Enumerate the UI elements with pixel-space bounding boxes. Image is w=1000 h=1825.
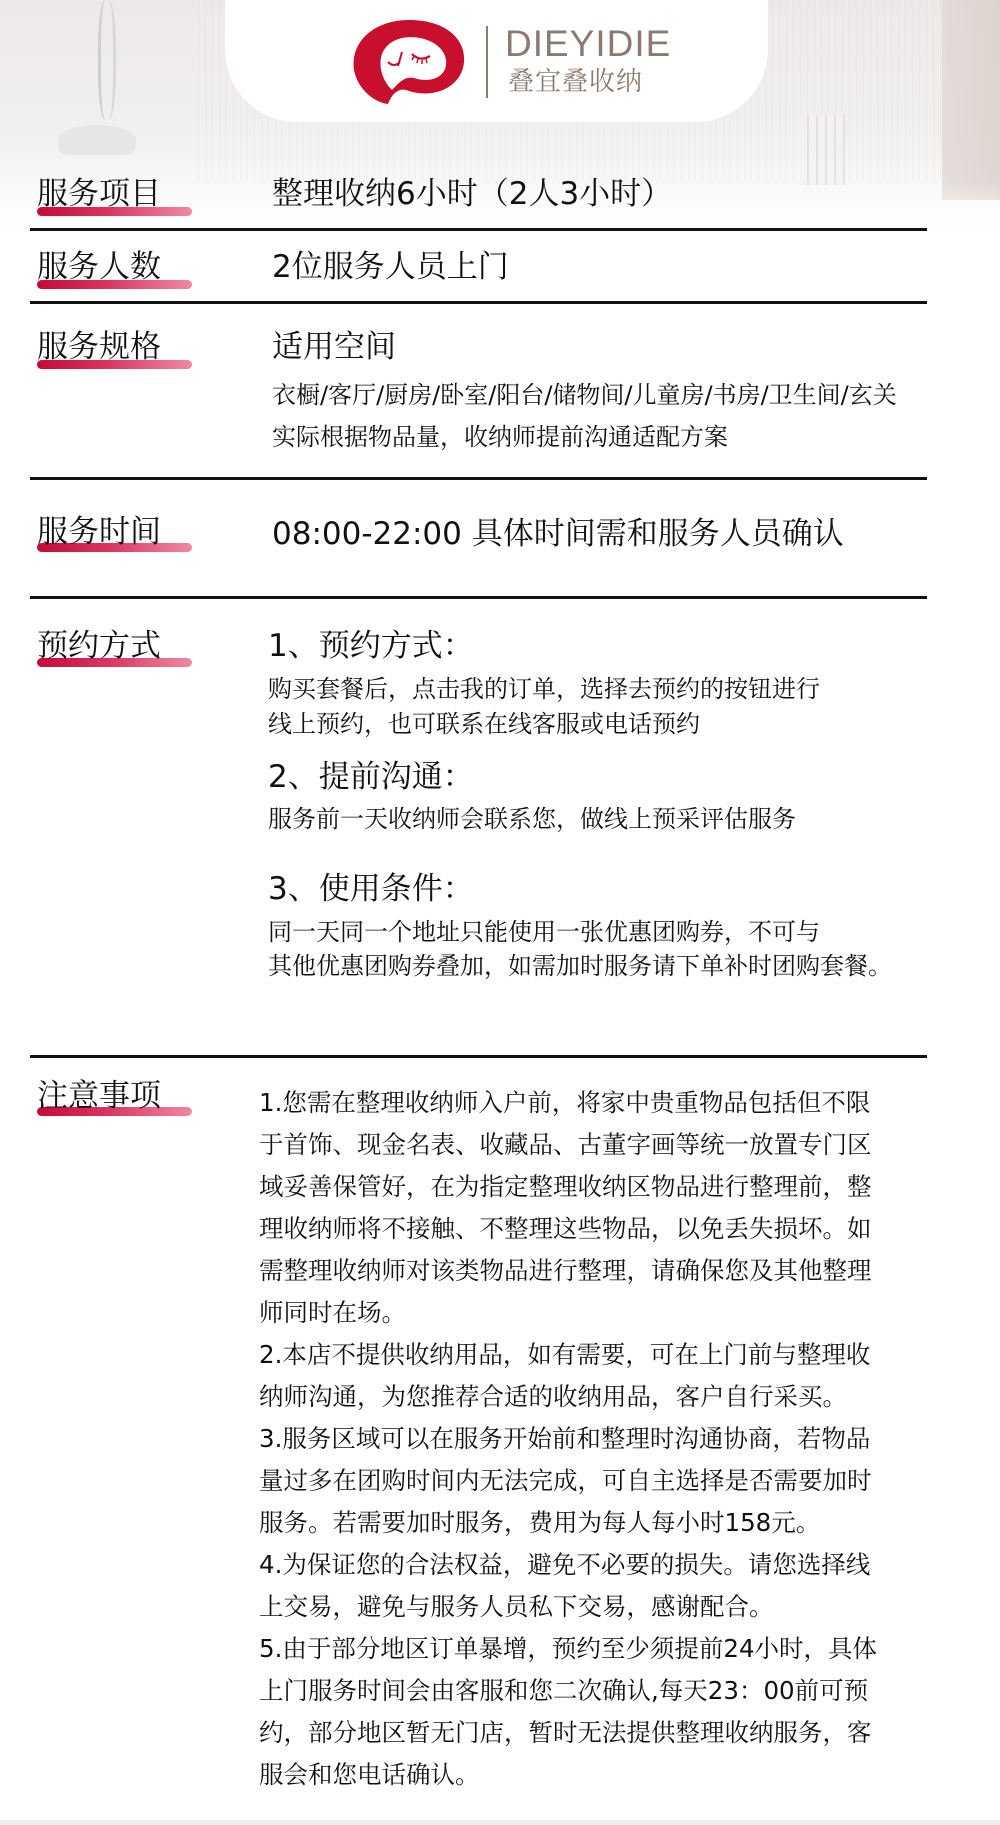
divider-line	[30, 596, 927, 599]
background-plant	[98, 0, 116, 120]
background-plant-pot	[58, 125, 136, 155]
service-time-value: 08:00-22:00 具体时间需和服务人员确认	[272, 516, 844, 552]
notes-line: 2.本店不提供收纳用品，如有需要，可在上门前与整理收	[259, 1334, 929, 1376]
notes-label: 注意事项	[37, 1078, 161, 1114]
booking-step-2-title: 2、提前沟通：	[268, 759, 474, 795]
notes-line: 3.服务区域可以在服务开始前和整理时沟通协商，若物品	[259, 1418, 929, 1460]
notes-line: 1.您需在整理收纳师入户前，将家中贵重物品包括但不限	[259, 1082, 929, 1124]
service-spec-rooms: 衣橱/客厅/厨房/卧室/阳台/储物间/儿童房/书房/卫生间/玄关	[272, 380, 897, 410]
brand-name-cn: 叠宜叠收纳	[508, 66, 643, 98]
notes-line: 5.由于部分地区订单暴增，预约至少须提前24小时，具体	[259, 1628, 929, 1670]
booking-step-3-line: 同一天同一个地址只能使用一张优惠团购券，不可与	[268, 914, 820, 950]
service-staff-label: 服务人数	[37, 249, 161, 285]
bottom-band	[0, 1820, 1000, 1825]
booking-step-3-title: 3、使用条件：	[268, 871, 474, 907]
notes-line: 约，部分地区暂无门店，暂时无法提供整理收纳服务，客	[259, 1712, 929, 1754]
booking-step-1-line: 线上预约，也可联系在线客服或电话预约	[268, 706, 700, 742]
logo-divider	[486, 26, 488, 98]
service-item-label: 服务项目	[37, 176, 161, 212]
booking-step-1-line: 购买套餐后，点击我的订单，选择去预约的按钮进行	[268, 671, 820, 707]
service-staff-value: 2位服务人员上门	[272, 249, 509, 285]
notes-line: 上交易，避免与服务人员私下交易，感谢配合。	[259, 1586, 929, 1628]
notes-line: 于首饰、现金名表、收藏品、古董字画等统一放置专门区	[259, 1124, 929, 1166]
booking-step-3-line: 其他优惠团购券叠加，如需加时服务请下单补时团购套餐。	[268, 948, 892, 984]
booking-step-2-line: 服务前一天收纳师会联系您，做线上预采评估服务	[268, 801, 796, 837]
notes-line: 需整理收纳师对该类物品进行整理，请确保您及其他整理	[259, 1250, 929, 1292]
divider-line	[30, 1055, 927, 1058]
service-spec-label: 服务规格	[37, 329, 161, 365]
notes-line: 师同时在场。	[259, 1292, 929, 1334]
service-item-value: 整理收纳6小时（2人3小时）	[272, 176, 672, 212]
notes-list: 1.您需在整理收纳师入户前，将家中贵重物品包括但不限 于首饰、现金名表、收藏品、…	[259, 1082, 929, 1796]
booking-step-1-title: 1、预约方式：	[268, 628, 474, 664]
service-spec-note: 实际根据物品量，收纳师提前沟通适配方案	[272, 422, 728, 452]
notes-line: 服会和您电话确认。	[259, 1754, 929, 1796]
notes-line: 理收纳师将不接触、不整理这些物品，以免丢失损坏。如	[259, 1208, 929, 1250]
background-wall	[942, 0, 1000, 200]
logo-card	[225, 0, 768, 122]
background-books	[800, 115, 845, 185]
booking-label: 预约方式	[37, 628, 161, 664]
notes-line: 服务。若需要加时服务，费用为每人每小时158元。	[259, 1502, 929, 1544]
brand-logo-icon	[352, 18, 466, 106]
notes-line: 量过多在团购时间内无法完成，可自主选择是否需要加时	[259, 1460, 929, 1502]
notes-line: 上门服务时间会由客服和您二次确认,每天23：00前可预	[259, 1670, 929, 1712]
divider-line	[30, 301, 927, 304]
notes-line: 4.为保证您的合法权益，避免不必要的损失。请您选择线	[259, 1544, 929, 1586]
brand-name-en: DIEYIDIE	[505, 24, 671, 64]
divider-line	[30, 228, 927, 231]
notes-line: 纳师沟通，为您推荐合适的收纳用品，客户自行采买。	[259, 1376, 929, 1418]
service-time-label: 服务时间	[37, 514, 161, 550]
divider-line	[30, 477, 927, 480]
service-spec-heading: 适用空间	[272, 329, 396, 365]
notes-line: 域妥善保管好，在为指定整理收纳区物品进行整理前，整	[259, 1166, 929, 1208]
